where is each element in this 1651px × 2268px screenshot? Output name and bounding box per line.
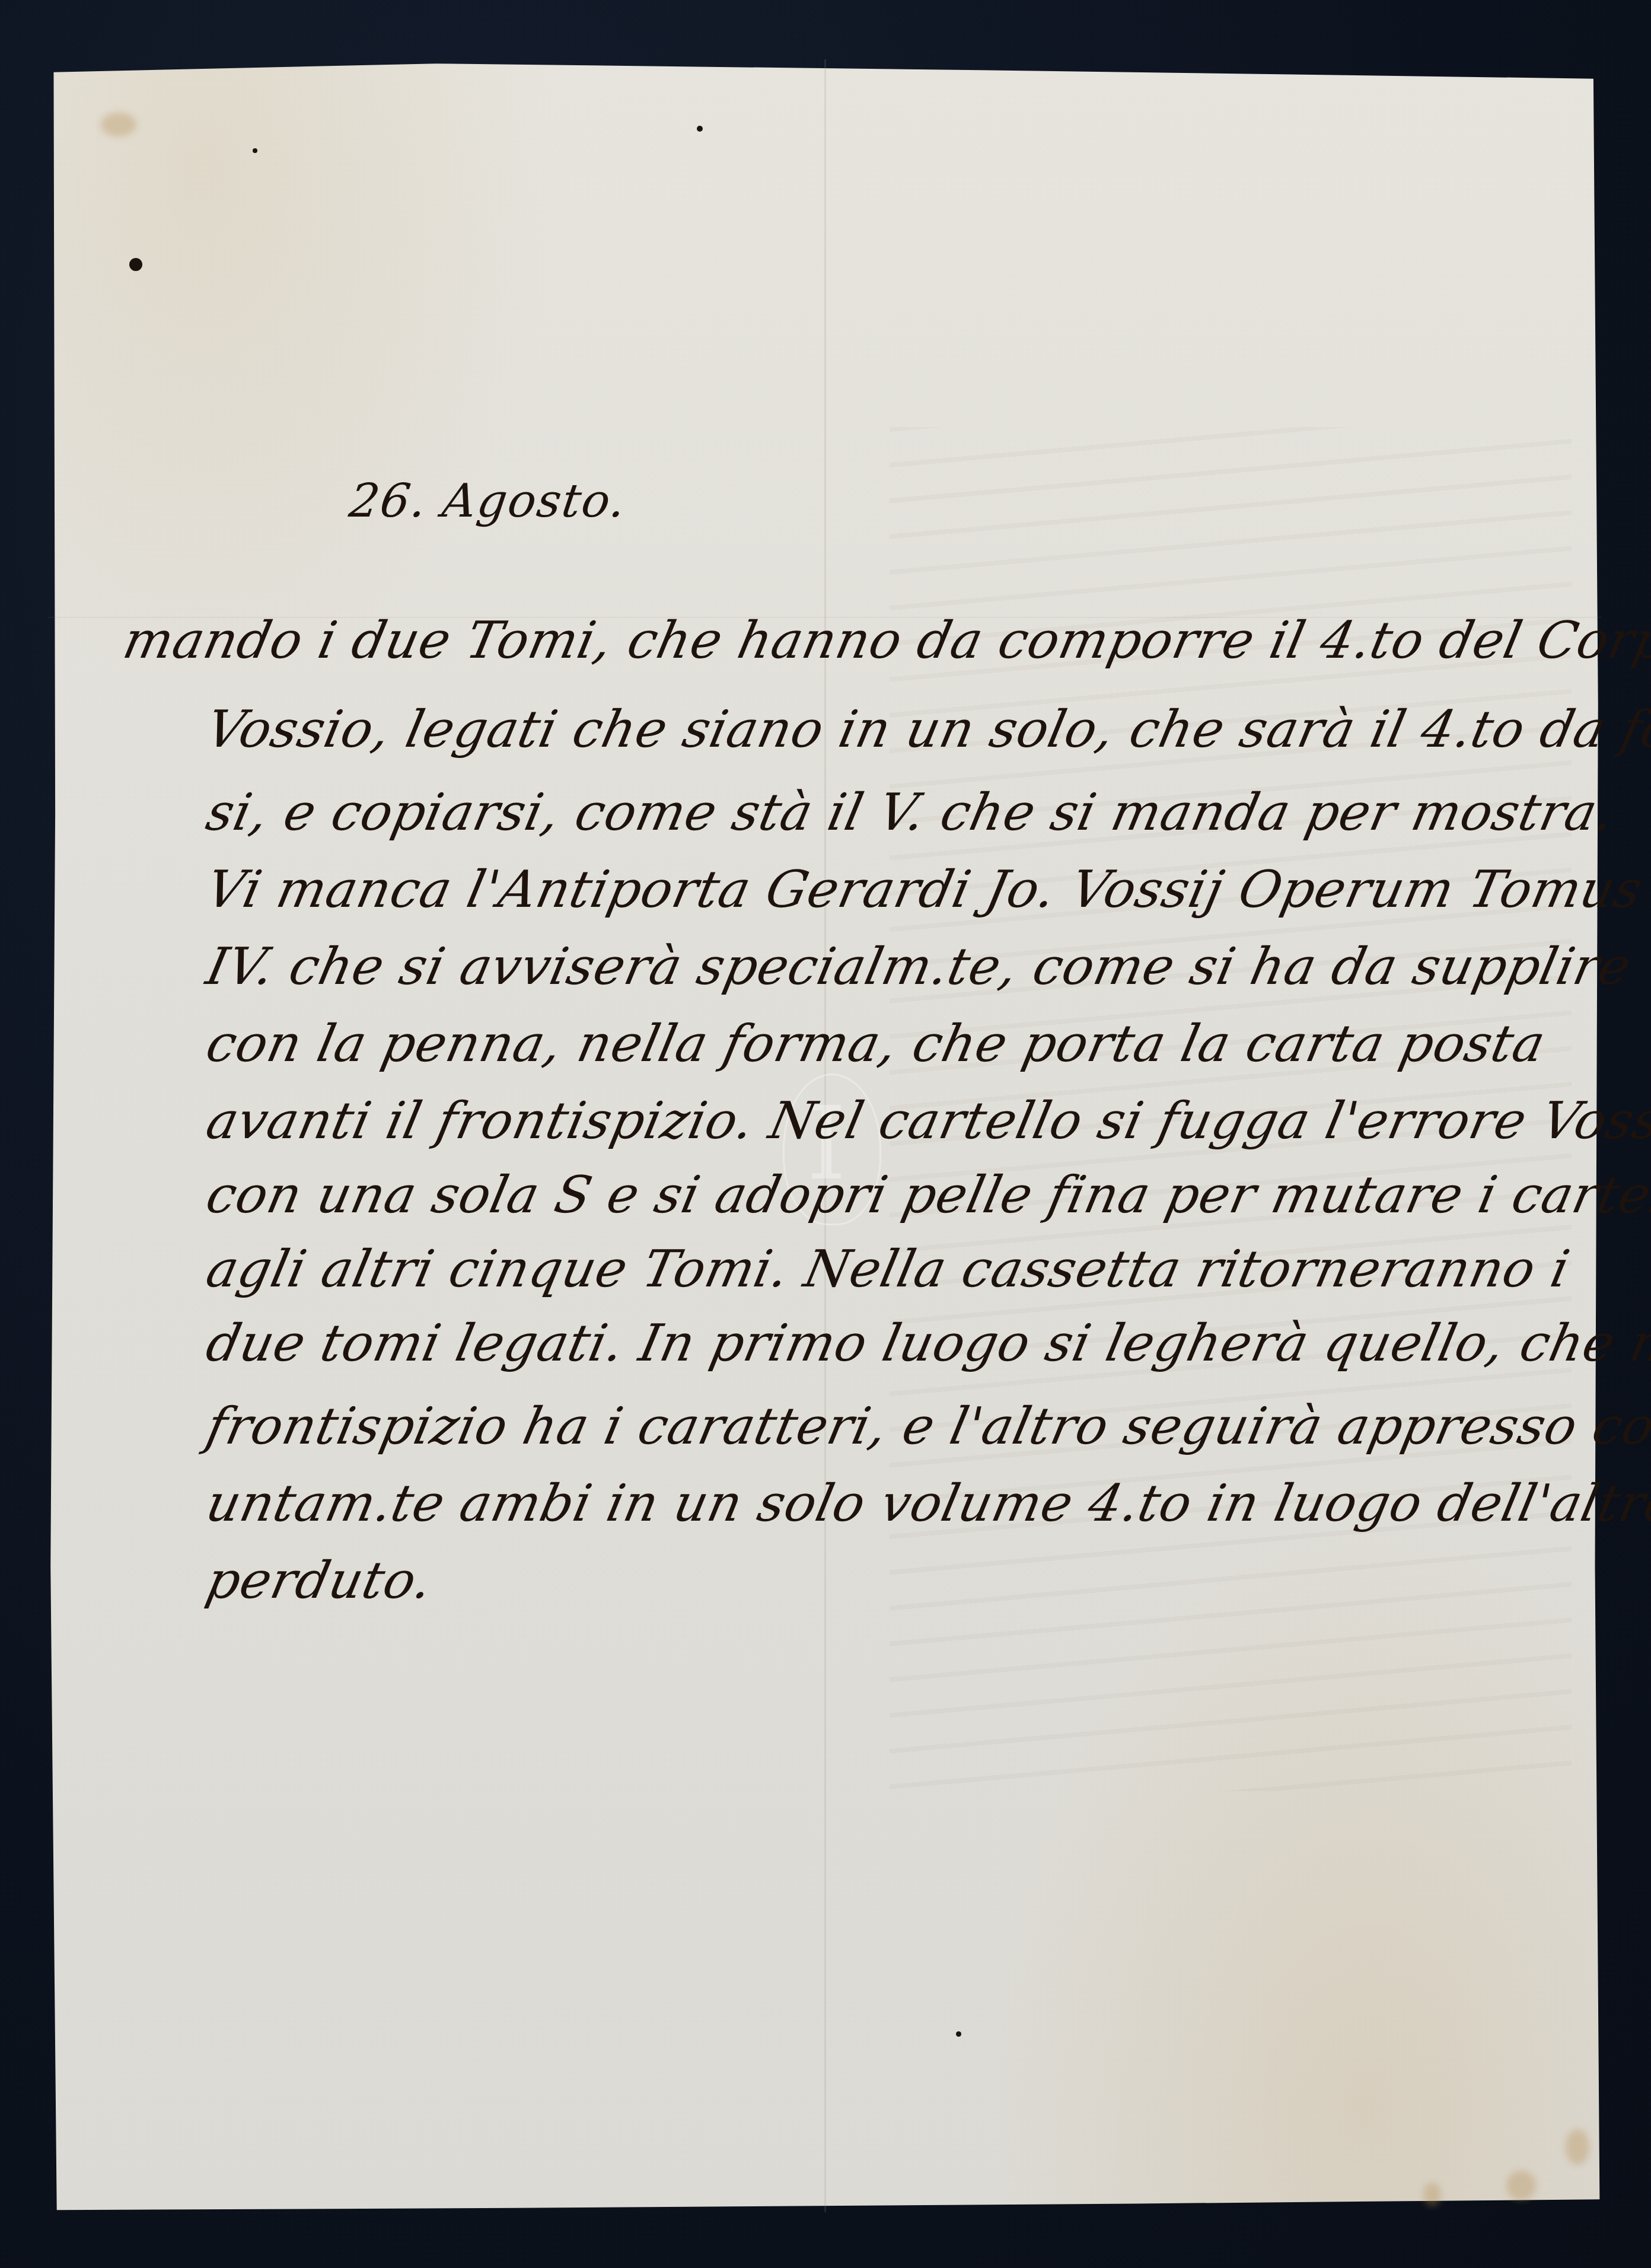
manuscript-line: untam.te ambi in un solo volume 4.to in …	[201, 1474, 1651, 1533]
manuscript-line: si, e copiarsi, come stà il V. che si ma…	[201, 783, 1620, 842]
ink-blot	[129, 258, 142, 271]
manuscript-line: avanti il frontispizio. Nel cartello si …	[201, 1091, 1651, 1151]
manuscript-line: con una sola S e si adopri pelle fina pe…	[201, 1165, 1651, 1225]
ink-blot	[956, 2031, 961, 2037]
manuscript-line: frontispizio ha i caratteri, e l'altro s…	[201, 1397, 1651, 1456]
manuscript-line: IV. che si avviserà specialm.te, come si…	[201, 937, 1636, 996]
foxing-stain	[1506, 2171, 1536, 2200]
manuscript-line: mando i due Tomi, che hanno da comporre …	[118, 611, 1651, 670]
foxing-stain	[1566, 2129, 1589, 2165]
manuscript-line: Vossio, legati che siano in un solo, che…	[201, 700, 1651, 759]
ink-blot	[697, 126, 703, 132]
manuscript-line: Vi manca l'Antiporta Gerardi Jo. Vossij …	[201, 860, 1647, 919]
manuscript-line: agli altri cinque Tomi. Nella cassetta r…	[201, 1240, 1574, 1299]
manuscript-line: con la penna, nella forma, che porta la …	[201, 1014, 1550, 1074]
ink-blot	[253, 148, 257, 153]
manuscript-line: perduto.	[201, 1551, 438, 1610]
manuscript-line: due tomi legati. In primo luogo si leghe…	[201, 1314, 1651, 1373]
foxing-stain	[1423, 2183, 1441, 2206]
letter-date: 26. Agosto.	[346, 474, 630, 528]
foxing-stain	[101, 113, 136, 136]
